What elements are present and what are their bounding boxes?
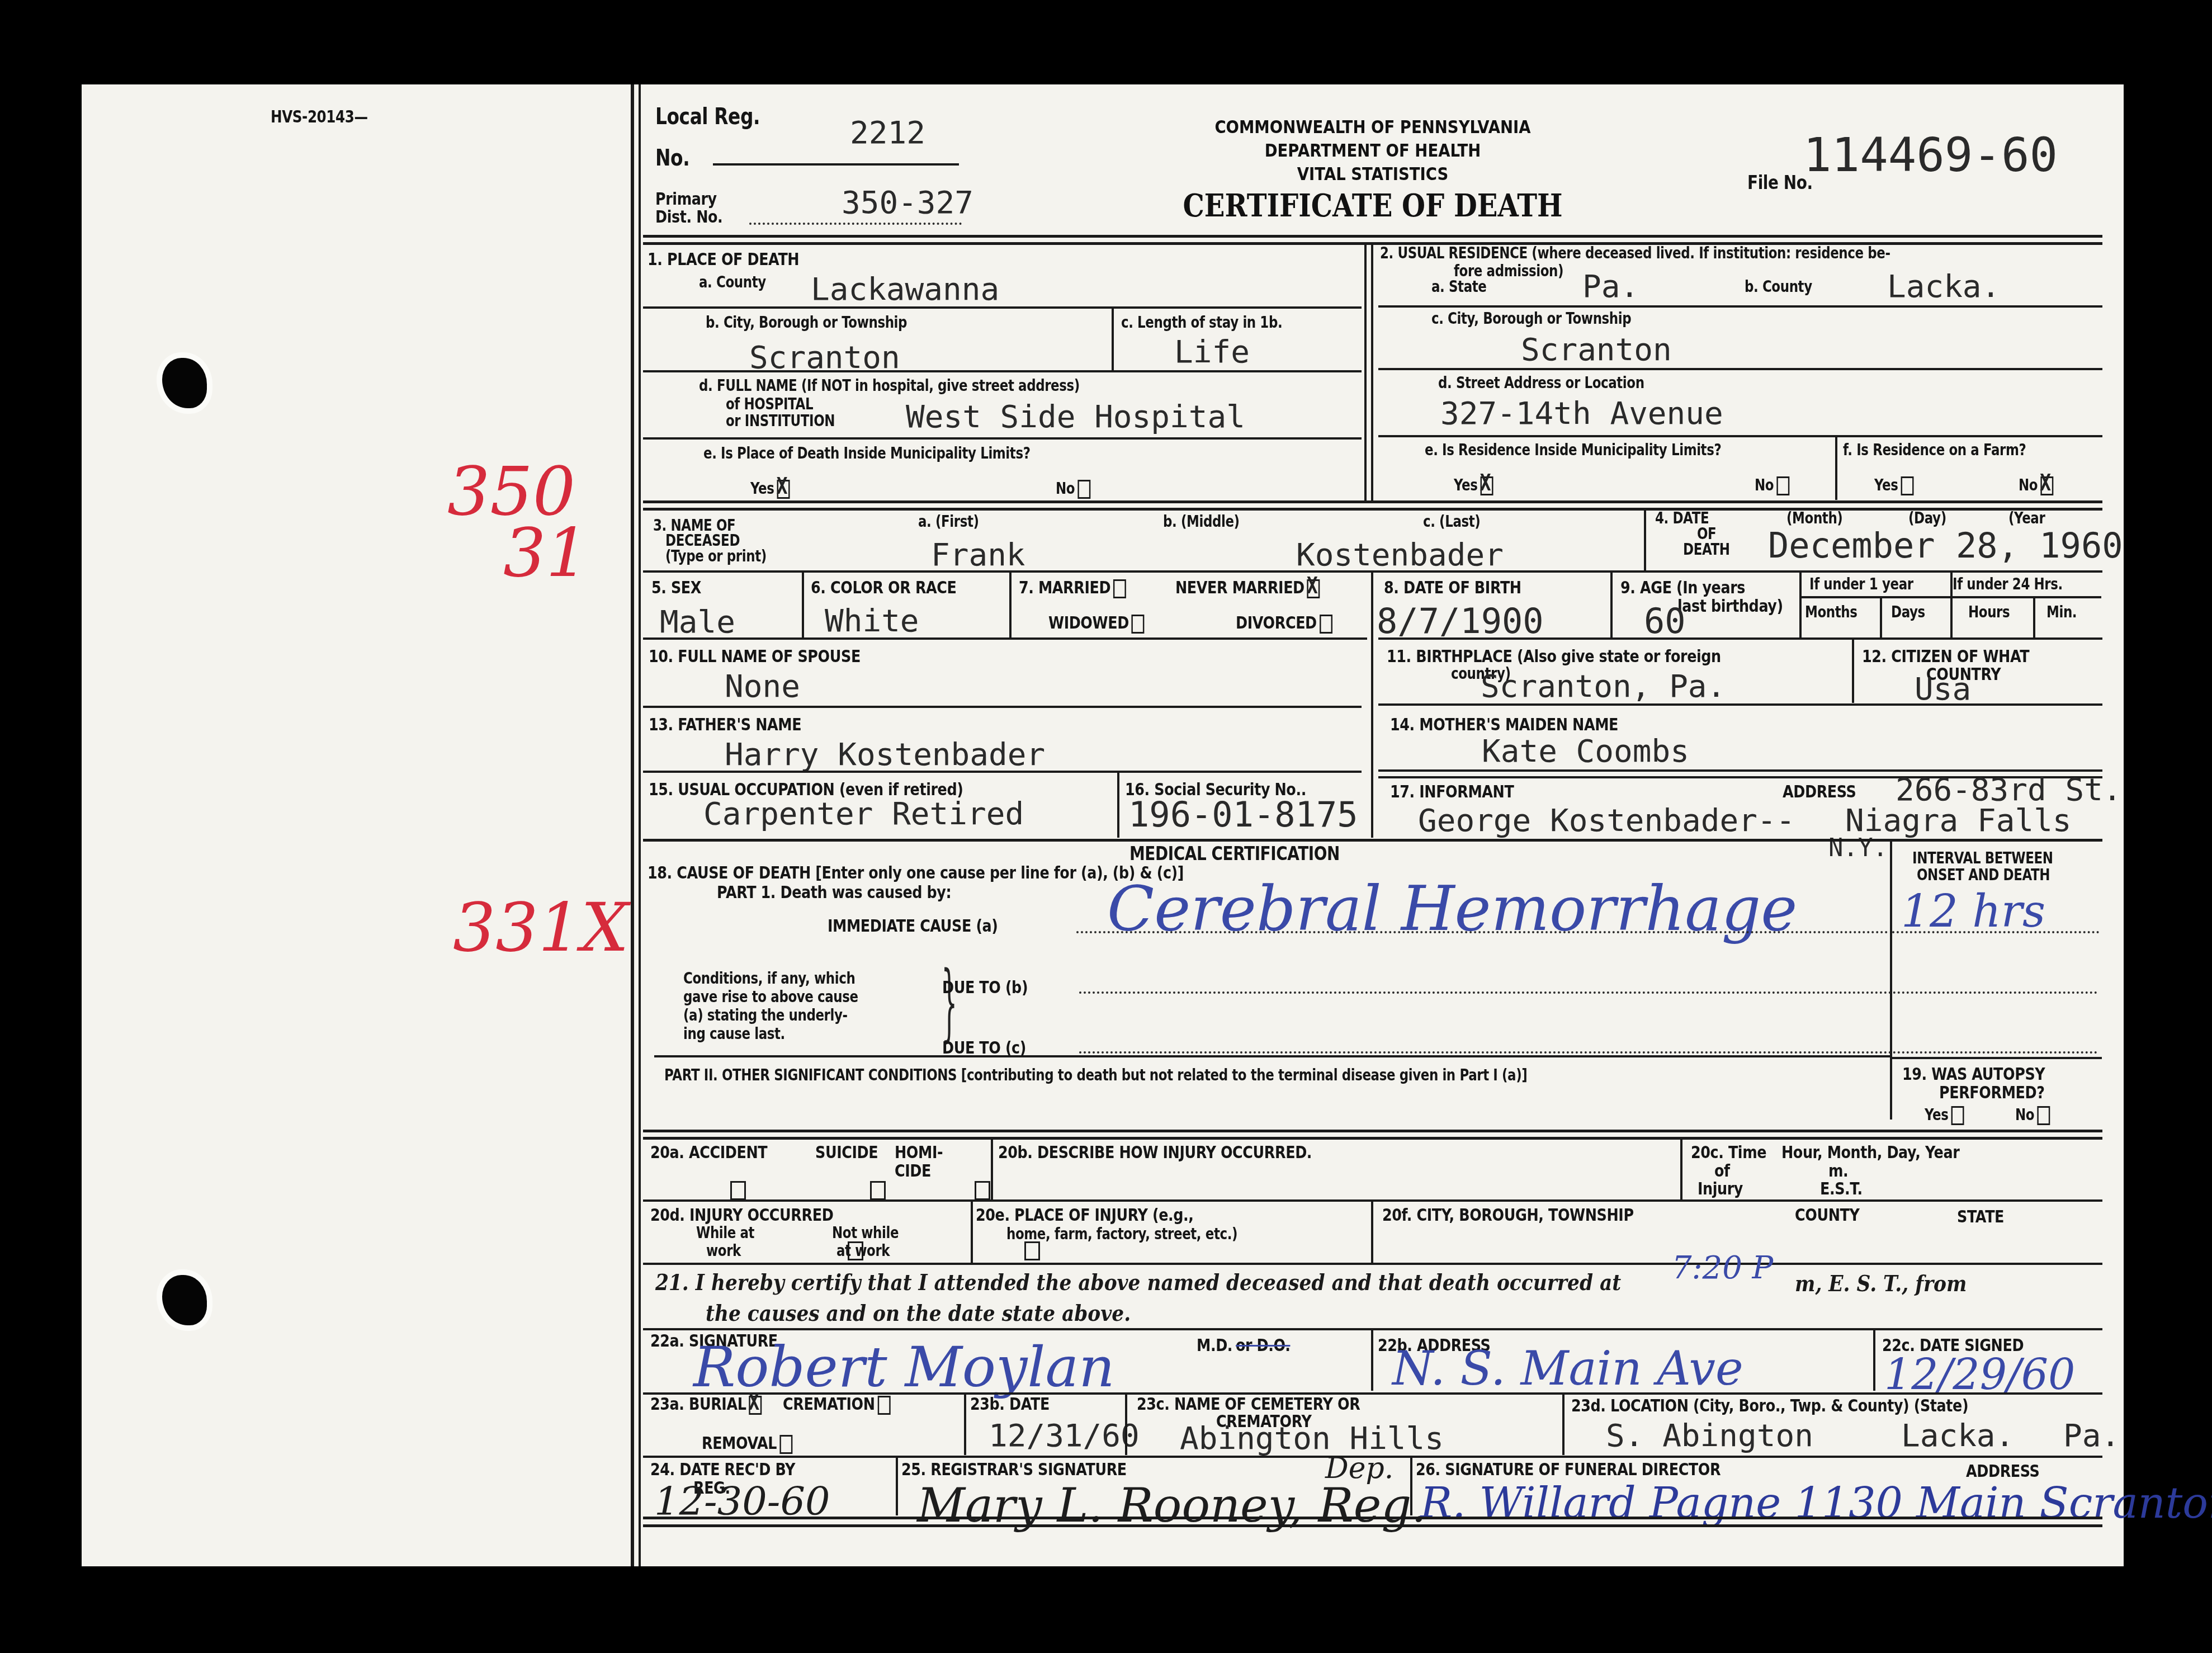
registrar-label: 25. REGISTRAR'S SIGNATURE: [901, 1461, 1127, 1479]
place-of-injury-label-2: home, farm, factory, street, etc.): [1006, 1226, 1237, 1242]
checkbox-checked[interactable]: [2040, 476, 2053, 495]
cemetery-name: Abington Hills: [1180, 1423, 1444, 1454]
rule: [1880, 596, 1882, 639]
rule: [654, 1055, 1890, 1057]
time-label-1: 20c. Time: [1691, 1144, 1766, 1162]
informant-label: 17. INFORMANT: [1390, 783, 1514, 801]
time-est-label: E.S.T.: [1820, 1180, 1863, 1198]
due-to-b-line: [1079, 991, 2098, 994]
res-state-label: a. State: [1431, 278, 1486, 295]
yes-label: Yes: [1874, 476, 1898, 494]
rule: [1117, 772, 1119, 838]
rule: [802, 572, 804, 639]
col-divider-top: [1364, 245, 1367, 502]
dod-label-1: 4. DATE: [1655, 510, 1709, 526]
days-label: Days: [1891, 604, 1925, 620]
checkbox[interactable]: [1776, 476, 1789, 495]
conditions-label-2: gave rise to above cause: [683, 989, 858, 1005]
res-county-label: b. County: [1745, 278, 1812, 295]
married-option[interactable]: 7. MARRIED: [1019, 579, 1126, 598]
divorced-option[interactable]: DIVORCED: [1236, 614, 1332, 634]
stay-label: c. Length of stay in 1b.: [1121, 314, 1282, 330]
rule: [1610, 572, 1613, 639]
rule: [643, 370, 1362, 372]
hours-label: Hours: [1968, 604, 2010, 620]
form-code: HVS-20143—: [271, 108, 368, 126]
checkbox[interactable]: [1951, 1106, 1964, 1125]
homicide-checkbox[interactable]: [975, 1181, 990, 1200]
stay-value: Life: [1174, 337, 1250, 368]
red-note-331x: 331X: [453, 895, 628, 962]
date-recd-label-1: 24. DATE REC'D BY: [650, 1461, 795, 1479]
section-rule: [643, 508, 2102, 511]
rule: [643, 1263, 2102, 1265]
informant-name: George Kostenbader--: [1418, 805, 1795, 837]
informant-address-line-1: 266-83rd St.: [1896, 774, 2122, 806]
date-of-death: December 28, 1960: [1768, 528, 2123, 563]
autopsy-no[interactable]: No: [2015, 1106, 2050, 1125]
margin-divider-inner: [639, 84, 641, 1566]
father-label: 13. FATHER'S NAME: [649, 716, 801, 734]
dod-day-label: (Day): [1908, 510, 1946, 526]
widowed-label: WIDOWED: [1048, 613, 1129, 633]
location-city: S. Abington: [1606, 1420, 1813, 1452]
death-inside-no[interactable]: No: [1056, 480, 1090, 499]
medical-cert-title: MEDICAL CERTIFICATION: [1129, 844, 1340, 865]
citizen-label-1: 12. CITIZEN OF WHAT: [1862, 648, 2029, 666]
page-title: CERTIFICATE OF DEATH: [1156, 187, 1589, 224]
section-rule: [643, 500, 2102, 503]
registrar-signature: Mary L. Rooney, Reg.: [917, 1482, 1426, 1529]
never-married-label: NEVER MARRIED: [1175, 578, 1304, 598]
months-label: Months: [1805, 604, 1857, 620]
yes-label: Yes: [1454, 476, 1478, 494]
conditions-label-4: ing cause last.: [683, 1026, 785, 1042]
rule: [1009, 572, 1012, 639]
accident-checkbox[interactable]: [730, 1181, 746, 1200]
cemetery-label-1: 23c. NAME OF CEMETERY OR: [1137, 1395, 1360, 1414]
time-m-label: m.: [1828, 1162, 1848, 1180]
informant-address-city: Niagra Falls: [1845, 805, 2072, 837]
while-work-1: While at: [696, 1225, 754, 1241]
farm-no[interactable]: No: [2019, 476, 2053, 495]
rule: [1852, 639, 1854, 703]
burial-label: 23a. BURIAL: [650, 1394, 746, 1414]
local-reg-no-label: No.: [655, 147, 689, 170]
md-label: M.D.: [1197, 1336, 1232, 1355]
rule: [1799, 572, 1802, 639]
local-reg-no: 2212: [850, 117, 925, 149]
rule: [1371, 1201, 1373, 1263]
rule: [991, 1138, 993, 1199]
dod-month-label: (Month): [1786, 510, 1842, 526]
red-note-31: 31: [503, 520, 589, 587]
time-columns-label: Hour, Month, Day, Year: [1781, 1144, 1959, 1162]
describe-injury-label: 20b. DESCRIBE HOW INJURY OCCURRED.: [998, 1144, 1312, 1162]
under-24-label: If under 24 Hrs.: [1953, 576, 2063, 592]
never-married-option[interactable]: NEVER MARRIED: [1175, 579, 1320, 598]
interval-value: 12 hrs: [1901, 889, 2045, 934]
no-label: No: [1056, 479, 1075, 498]
autopsy-yes[interactable]: Yes: [1925, 1106, 1964, 1125]
checkbox[interactable]: [1077, 480, 1090, 499]
rule: [643, 306, 1362, 309]
no-label: No: [2015, 1106, 2034, 1124]
dod-year-label: (Year: [2008, 510, 2045, 526]
mother-value: Kate Coombs: [1482, 736, 1689, 767]
removal-label: REMOVAL: [702, 1433, 777, 1453]
suicide-label: SUICIDE: [815, 1144, 878, 1162]
dob-label: 8. DATE OF BIRTH: [1384, 579, 1521, 597]
certify-line-1: 21. I hereby certify that I attended the…: [655, 1269, 1621, 1296]
injury-state-label: STATE: [1957, 1208, 2004, 1226]
rule: [971, 1201, 973, 1263]
dod-label-2: OF: [1697, 526, 1716, 542]
rule: [1799, 596, 2101, 598]
local-reg-underline: [713, 163, 959, 166]
date-signed: 12/29/60: [1884, 1353, 2075, 1396]
section-rule: [643, 839, 2102, 842]
rule: [643, 771, 1362, 773]
county-label: a. County: [699, 274, 766, 290]
immediate-cause-line: [1076, 931, 1888, 933]
injury-city-label: 20f. CITY, BOROUGH, TOWNSHIP: [1382, 1206, 1634, 1225]
farm-yes[interactable]: Yes: [1874, 476, 1913, 495]
removal-option[interactable]: REMOVAL: [702, 1434, 792, 1454]
no-label: No: [1755, 476, 1774, 494]
checkbox[interactable]: [1320, 615, 1332, 634]
time-label-3: Injury: [1698, 1180, 1743, 1198]
location-label: 23d. LOCATION (City, Boro., Twp. & Count…: [1571, 1397, 1968, 1415]
rule: [643, 637, 1367, 640]
name-label-2: DECEASED: [665, 532, 740, 549]
age-label-1: 9. AGE (In years: [1620, 579, 1745, 597]
section-rule: [643, 1130, 2102, 1132]
rule: [2033, 596, 2035, 639]
sex-label: 5. SEX: [651, 579, 701, 597]
rule: [1873, 1329, 1875, 1391]
rule: [964, 1394, 966, 1455]
time-label-2: of: [1714, 1162, 1730, 1180]
rule: [643, 706, 1362, 708]
place-of-death-label: 1. PLACE OF DEATH: [647, 251, 799, 269]
first-label: a. (First): [918, 513, 979, 530]
primary-dist-underline: [749, 223, 962, 225]
hospital-name: West Side Hospital: [906, 402, 1245, 433]
res-state: Pa.: [1582, 271, 1639, 303]
injury-occurred-label: 20d. INJURY OCCURRED: [650, 1206, 833, 1225]
agency-line-2: DEPARTMENT OF HEALTH: [1156, 140, 1589, 161]
rule: [1892, 1057, 2102, 1059]
certify-line-2: the causes and on the date state above.: [706, 1300, 1131, 1326]
widowed-option[interactable]: WIDOWED: [1048, 614, 1145, 634]
rule: [1371, 703, 1373, 838]
rule: [1835, 435, 1837, 500]
checkbox[interactable]: [2037, 1106, 2050, 1125]
place-of-injury-label-1: 20e. PLACE OF INJURY (e.g.,: [976, 1206, 1194, 1225]
race-label: 6. COLOR OR RACE: [811, 579, 957, 597]
rule: [1125, 1394, 1127, 1455]
divorced-label: DIVORCED: [1236, 613, 1317, 633]
rule: [1112, 308, 1114, 370]
rule: [1562, 1394, 1565, 1455]
homicide-label-1: HOMI-: [895, 1144, 943, 1162]
agency-line-3: VITAL STATISTICS: [1156, 163, 1589, 185]
rule: [1378, 368, 2102, 370]
immediate-cause-value: Cerebral Hemorrhage: [1107, 878, 1797, 939]
physician-address: N. S. Main Ave: [1392, 1345, 1743, 1392]
col-divider-top-2: [1371, 245, 1373, 502]
physician-signature: Robert Moylan: [693, 1339, 1115, 1395]
no-label: No: [2019, 476, 2038, 494]
rule: [1378, 637, 2102, 640]
death-city: Scranton: [749, 342, 900, 374]
part2-label: PART II. OTHER SIGNIFICANT CONDITIONS [c…: [664, 1067, 1527, 1083]
occupation-value: Carpenter Retired: [703, 799, 1024, 830]
conditions-brace: }: [941, 961, 957, 1045]
checkbox-checked[interactable]: [1307, 579, 1320, 598]
due-to-b-label: DUE TO (b): [942, 979, 1028, 997]
rule: [896, 1457, 898, 1515]
last-name: Kostenbader: [1296, 540, 1504, 571]
rule: [1378, 305, 2102, 308]
res-street-label: d. Street Address or Location: [1438, 375, 1644, 391]
interval-label-1: INTERVAL BETWEEN: [1912, 850, 2053, 866]
min-label: Min.: [2046, 604, 2077, 620]
middle-label: b. (Middle): [1163, 513, 1240, 530]
checkbox-checked[interactable]: [777, 480, 790, 499]
due-to-c-line: [1079, 1051, 2098, 1054]
last-label: c. (Last): [1423, 513, 1480, 530]
accident-label: 20a. ACCIDENT: [650, 1144, 767, 1162]
do-label: or D.O.: [1236, 1336, 1290, 1355]
married-label: 7. MARRIED: [1019, 578, 1110, 598]
date-recd: 12-30-60: [654, 1482, 830, 1521]
not-while-work-2: at work: [836, 1243, 890, 1259]
while-work-2: work: [706, 1243, 741, 1259]
city-label: b. City, Borough or Township: [706, 314, 907, 330]
under-1-year-label: If under 1 year: [1809, 576, 1913, 592]
rule: [1378, 435, 2102, 437]
burial-option[interactable]: 23a. BURIAL: [650, 1395, 762, 1415]
cause-label: 18. CAUSE OF DEATH [Enter only one cause…: [647, 864, 1184, 882]
not-while-work-1: Not while: [832, 1225, 899, 1241]
res-city: Scranton: [1521, 334, 1672, 366]
file-no: 114469-60: [1803, 131, 2058, 178]
homicide-label-2: CIDE: [895, 1162, 931, 1180]
res-county: Lacka.: [1887, 271, 2000, 303]
res-street: 327-14th Avenue: [1440, 398, 1723, 429]
name-label-3: (Type or print): [665, 548, 767, 564]
disposition-date-label: 23b. DATE: [970, 1395, 1050, 1414]
residence-label-2: fore admission): [1454, 263, 1563, 279]
farm-label: f. Is Residence on a Farm?: [1843, 442, 2026, 458]
inside-limits-label: e. Is Place of Death Inside Municipality…: [703, 445, 1031, 461]
suicide-checkbox[interactable]: [870, 1181, 886, 1200]
margin-divider: [631, 84, 634, 1566]
res-inside-yes[interactable]: Yes: [1454, 476, 1493, 495]
death-time: 7:20 P: [1672, 1253, 1773, 1284]
local-reg-label: Local Reg.: [655, 105, 760, 129]
yes-label: Yes: [750, 479, 774, 498]
due-to-c-label: DUE TO (c): [942, 1039, 1026, 1057]
checkbox[interactable]: [1901, 476, 1913, 495]
checkbox-checked[interactable]: [1480, 476, 1493, 495]
hospital-label-3: or INSTITUTION: [726, 413, 835, 429]
sex-value: Male: [660, 607, 735, 638]
injury-county-label: COUNTY: [1795, 1206, 1859, 1225]
interval-line: [1892, 931, 2099, 933]
checkbox[interactable]: [878, 1396, 891, 1415]
mother-label: 14. MOTHER'S MAIDEN NAME: [1390, 716, 1618, 734]
primary-dist-no: 350-327: [842, 187, 973, 219]
interval-label-2: ONSET AND DEATH: [1917, 867, 2050, 883]
checkbox[interactable]: [779, 1435, 792, 1454]
rule: [1410, 1457, 1412, 1515]
yes-label: Yes: [1925, 1106, 1949, 1124]
rule: [1680, 1138, 1682, 1199]
dod-label-3: DEATH: [1683, 541, 1730, 558]
father-value: Harry Kostenbader: [725, 739, 1045, 771]
first-name: Frank: [931, 540, 1025, 571]
death-county: Lackawanna: [811, 274, 999, 305]
death-inside-yes[interactable]: Yes: [750, 480, 790, 499]
immediate-cause-label: IMMEDIATE CAUSE (a): [828, 917, 998, 936]
ssn-value: 196-01-8175: [1128, 797, 1358, 832]
primary-dist-label-2: Dist. No.: [655, 208, 722, 226]
spouse-label: 10. FULL NAME OF SPOUSE: [649, 648, 861, 666]
autopsy-label-1: 19. WAS AUTOPSY: [1902, 1065, 2045, 1084]
res-city-label: c. City, Borough or Township: [1431, 310, 1631, 327]
citizen-value: Usa: [1915, 674, 1971, 705]
hospital-label-1: d. FULL NAME (If NOT in hospital, give s…: [699, 377, 1080, 394]
checkbox-checked[interactable]: [749, 1396, 762, 1415]
res-inside-no[interactable]: No: [1755, 476, 1789, 495]
rule: [1378, 703, 2102, 706]
agency-line-1: COMMONWEALTH OF PENNSYLVANIA: [1156, 116, 1589, 138]
cremation-label: CREMATION: [783, 1394, 875, 1414]
spouse-value: None: [725, 671, 800, 702]
dob-value: 8/7/1900: [1377, 604, 1544, 639]
rule: [1371, 1329, 1373, 1391]
rule: [1644, 509, 1646, 570]
primary-dist-label-1: Primary: [655, 190, 717, 209]
age-label-2: last birthday): [1677, 597, 1783, 616]
residence-label-1: 2. USUAL RESIDENCE (where deceased lived…: [1380, 245, 1890, 261]
res-inside-label: e. Is Residence Inside Municipality Limi…: [1425, 442, 1721, 458]
rule: [643, 437, 1362, 440]
hospital-label-2: of HOSPITAL: [726, 396, 813, 412]
age-value: 60: [1644, 604, 1686, 639]
not-while-work-checkbox[interactable]: [1024, 1241, 1040, 1260]
bottom-rule: [643, 1517, 2102, 1519]
conditions-label-3: (a) stating the underly-: [683, 1007, 848, 1023]
informant-address-label: ADDRESS: [1783, 783, 1856, 801]
birthplace-label-1: 11. BIRTHPLACE (Also give state or forei…: [1387, 648, 1721, 666]
section-rule: [643, 1137, 2102, 1140]
part1-label: PART 1. Death was caused by:: [717, 884, 951, 902]
autopsy-label-2: PERFORMED?: [1939, 1084, 2045, 1102]
interval-divider: [1890, 840, 1892, 1120]
checkbox[interactable]: [1113, 579, 1126, 598]
header-rule-1: [643, 235, 2102, 238]
funeral-director-label: 26. SIGNATURE OF FUNERAL DIRECTOR: [1416, 1461, 1721, 1479]
checkbox[interactable]: [1132, 615, 1145, 634]
location-state: Pa.: [2063, 1420, 2120, 1452]
race-value: White: [825, 606, 919, 637]
birthplace-value: Scranton, Pa.: [1481, 671, 1726, 702]
location-county: Lacka.: [1901, 1420, 2014, 1452]
disposition-date: 12/31/60: [989, 1420, 1140, 1452]
cremation-option[interactable]: CREMATION: [783, 1395, 890, 1415]
bottom-rule: [643, 1524, 2102, 1527]
conditions-label-1: Conditions, if any, which: [683, 970, 855, 986]
certify-line-1b: m, E. S. T., from: [1795, 1271, 1967, 1297]
